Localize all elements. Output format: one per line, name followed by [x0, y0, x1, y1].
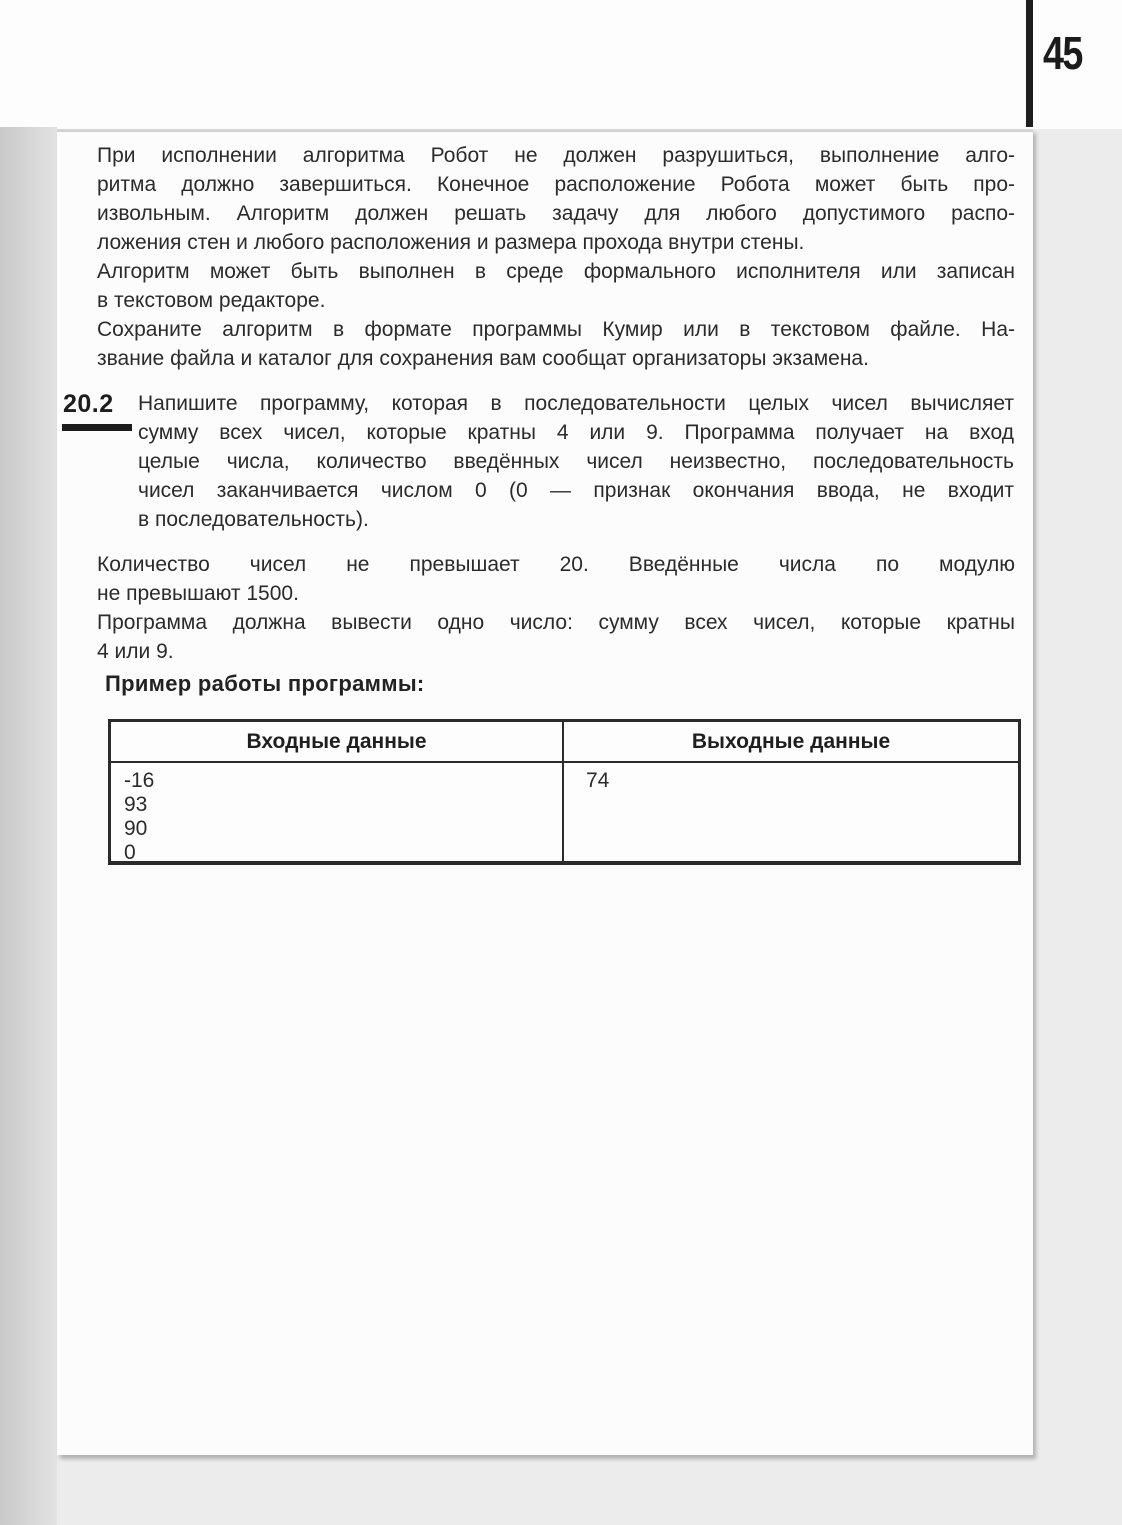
- task-text-line: Напишите программу, которая в последоват…: [138, 389, 1014, 418]
- input-value-line: 90: [124, 817, 562, 841]
- scan-gutter-shadow: [0, 127, 57, 1525]
- constraints-paragraphs: Количество чисел не превышает 20. Введён…: [97, 550, 1015, 666]
- table-header-input: Входные данные: [111, 722, 564, 761]
- table-cell-output: 74: [564, 763, 1018, 861]
- page-number: 45: [1043, 26, 1082, 80]
- example-table-body-row: -16 93 90 0 74: [111, 763, 1018, 861]
- task-number-underline: [62, 424, 132, 431]
- example-heading: Пример работы программы:: [105, 671, 425, 697]
- book-page: При исполнении алгоритма Робот не должен…: [57, 129, 1033, 1455]
- example-table-header-row: Входные данные Выходные данные: [111, 722, 1018, 763]
- constraints-text-line: 4 или 9.: [97, 637, 1015, 666]
- scan-background-top: [0, 0, 1122, 129]
- intro-text-line: ритма должно завершиться. Конечное распо…: [97, 170, 1015, 199]
- task-text-line: в последовательность).: [138, 505, 1014, 534]
- scanned-book-page: { "page_number": "45", "colors": { "ink"…: [0, 0, 1122, 1525]
- task-statement: Напишите программу, которая в последоват…: [138, 389, 1014, 534]
- constraints-text-line: Количество чисел не превышает 20. Введён…: [97, 550, 1015, 579]
- example-table: Входные данные Выходные данные -16 93 90…: [108, 719, 1021, 865]
- input-value-line: 0: [124, 841, 562, 865]
- intro-paragraphs: При исполнении алгоритма Робот не должен…: [97, 141, 1015, 373]
- intro-text-line: звание файла и каталог для сохранения ва…: [97, 344, 1015, 373]
- input-value-line: 93: [124, 793, 562, 817]
- page-corner-rule: [1026, 0, 1033, 127]
- constraints-text-line: Программа должна вывести одно число: сум…: [97, 608, 1015, 637]
- constraints-text-line: не превышают 1500.: [97, 579, 1015, 608]
- output-value: 74: [586, 769, 1018, 793]
- table-header-output: Выходные данные: [564, 722, 1018, 761]
- intro-text-line: в текстовом редакторе.: [97, 286, 1015, 315]
- task-text-line: сумму всех чисел, которые кратны 4 или 9…: [138, 418, 1014, 447]
- input-value-line: -16: [124, 769, 562, 793]
- task-text-line: чисел заканчивается числом 0 (0 — призна…: [138, 476, 1014, 505]
- intro-text-line: Сохраните алгоритм в формате программы К…: [97, 315, 1015, 344]
- task-text-line: целые числа, количество введённых чисел …: [138, 447, 1014, 476]
- table-cell-input: -16 93 90 0: [111, 763, 564, 861]
- intro-text-line: ложения стен и любого расположения и раз…: [97, 228, 1015, 257]
- intro-text-line: Алгоритм может быть выполнен в среде фор…: [97, 257, 1015, 286]
- intro-text-line: При исполнении алгоритма Робот не должен…: [97, 141, 1015, 170]
- task-number: 20.2: [63, 390, 114, 419]
- intro-text-line: извольным. Алгоритм должен решать задачу…: [97, 199, 1015, 228]
